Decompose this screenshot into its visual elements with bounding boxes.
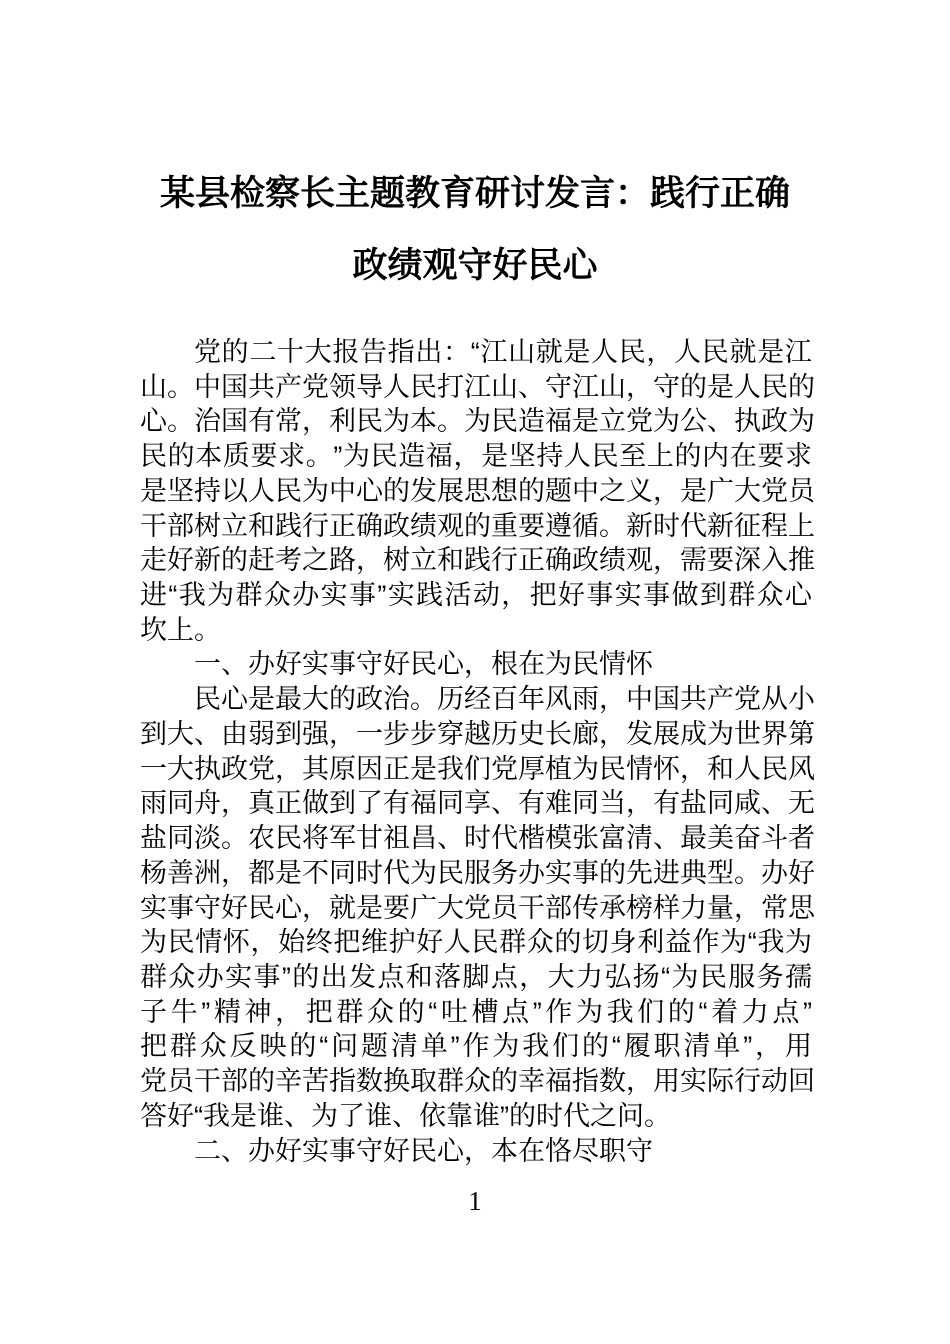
text-line: 盐同淡。农民将军甘祖昌、时代楷模张富清、最美奋斗者: [140, 821, 812, 856]
text-line: 为民情怀，始终把维护好人民群众的切身利益作为“我为: [140, 925, 812, 960]
body-text: 党的二十大报告指出：“江山就是人民，人民就是江山。中国共产党领导人民打江山、守江…: [140, 335, 812, 1168]
page-number: 1: [0, 1186, 950, 1216]
text-line: 走好新的赶考之路，树立和践行正确政绩观，需要深入推: [140, 543, 812, 578]
section-heading: 二、办好实事守好民心，本在恪尽职守: [140, 1134, 812, 1169]
text-line: 干部树立和践行正确政绩观的重要遵循。新时代新征程上: [140, 509, 812, 544]
text-line: 是坚持以人民为中心的发展思想的题中之义，是广大党员: [140, 474, 812, 509]
text-line: 一大执政党，其原因正是我们党厚植为民情怀，和人民风: [140, 752, 812, 787]
title-line-1: 某县检察长主题教育研讨发言：践行正确: [0, 158, 950, 230]
section-heading: 一、办好实事守好民心，根在为民情怀: [140, 647, 812, 682]
document-page: 某县检察长主题教育研讨发言：践行正确 政绩观守好民心 党的二十大报告指出：“江山…: [0, 0, 950, 1344]
text-line: 群众办实事”的出发点和落脚点，大力弘扬“为民服务孺: [140, 960, 812, 995]
text-line: 坎上。: [140, 613, 812, 648]
text-line: 答好“我是谁、为了谁、依靠谁”的时代之问。: [140, 1099, 812, 1134]
text-line: 进“我为群众办实事”实践活动，把好事实事做到群众心: [140, 578, 812, 613]
title-line-2: 政绩观守好民心: [0, 230, 950, 302]
text-line: 子牛”精神，把群众的“吐槽点”作为我们的“着力点”: [140, 995, 812, 1030]
text-line: 把群众反映的“问题清单”作为我们的“履职清单”，用: [140, 1029, 812, 1064]
text-line: 党员干部的辛苦指数换取群众的幸福指数，用实际行动回: [140, 1064, 812, 1099]
text-line: 山。中国共产党领导人民打江山、守江山，守的是人民的: [140, 370, 812, 405]
text-line: 到大、由弱到强，一步步穿越历史长廊，发展成为世界第: [140, 717, 812, 752]
text-line: 实事守好民心，就是要广大党员干部传承榜样力量，常思: [140, 891, 812, 926]
text-line: 杨善洲，都是不同时代为民服务办实事的先进典型。办好: [140, 856, 812, 891]
text-line: 民心是最大的政治。历经百年风雨，中国共产党从小: [140, 682, 812, 717]
text-line: 心。治国有常，利民为本。为民造福是立党为公、执政为: [140, 404, 812, 439]
text-line: 雨同舟，真正做到了有福同享、有难同当，有盐同咸、无: [140, 786, 812, 821]
document-title: 某县检察长主题教育研讨发言：践行正确 政绩观守好民心: [0, 158, 950, 302]
text-line: 党的二十大报告指出：“江山就是人民，人民就是江: [140, 335, 812, 370]
text-line: 民的本质要求。”为民造福，是坚持人民至上的内在要求: [140, 439, 812, 474]
